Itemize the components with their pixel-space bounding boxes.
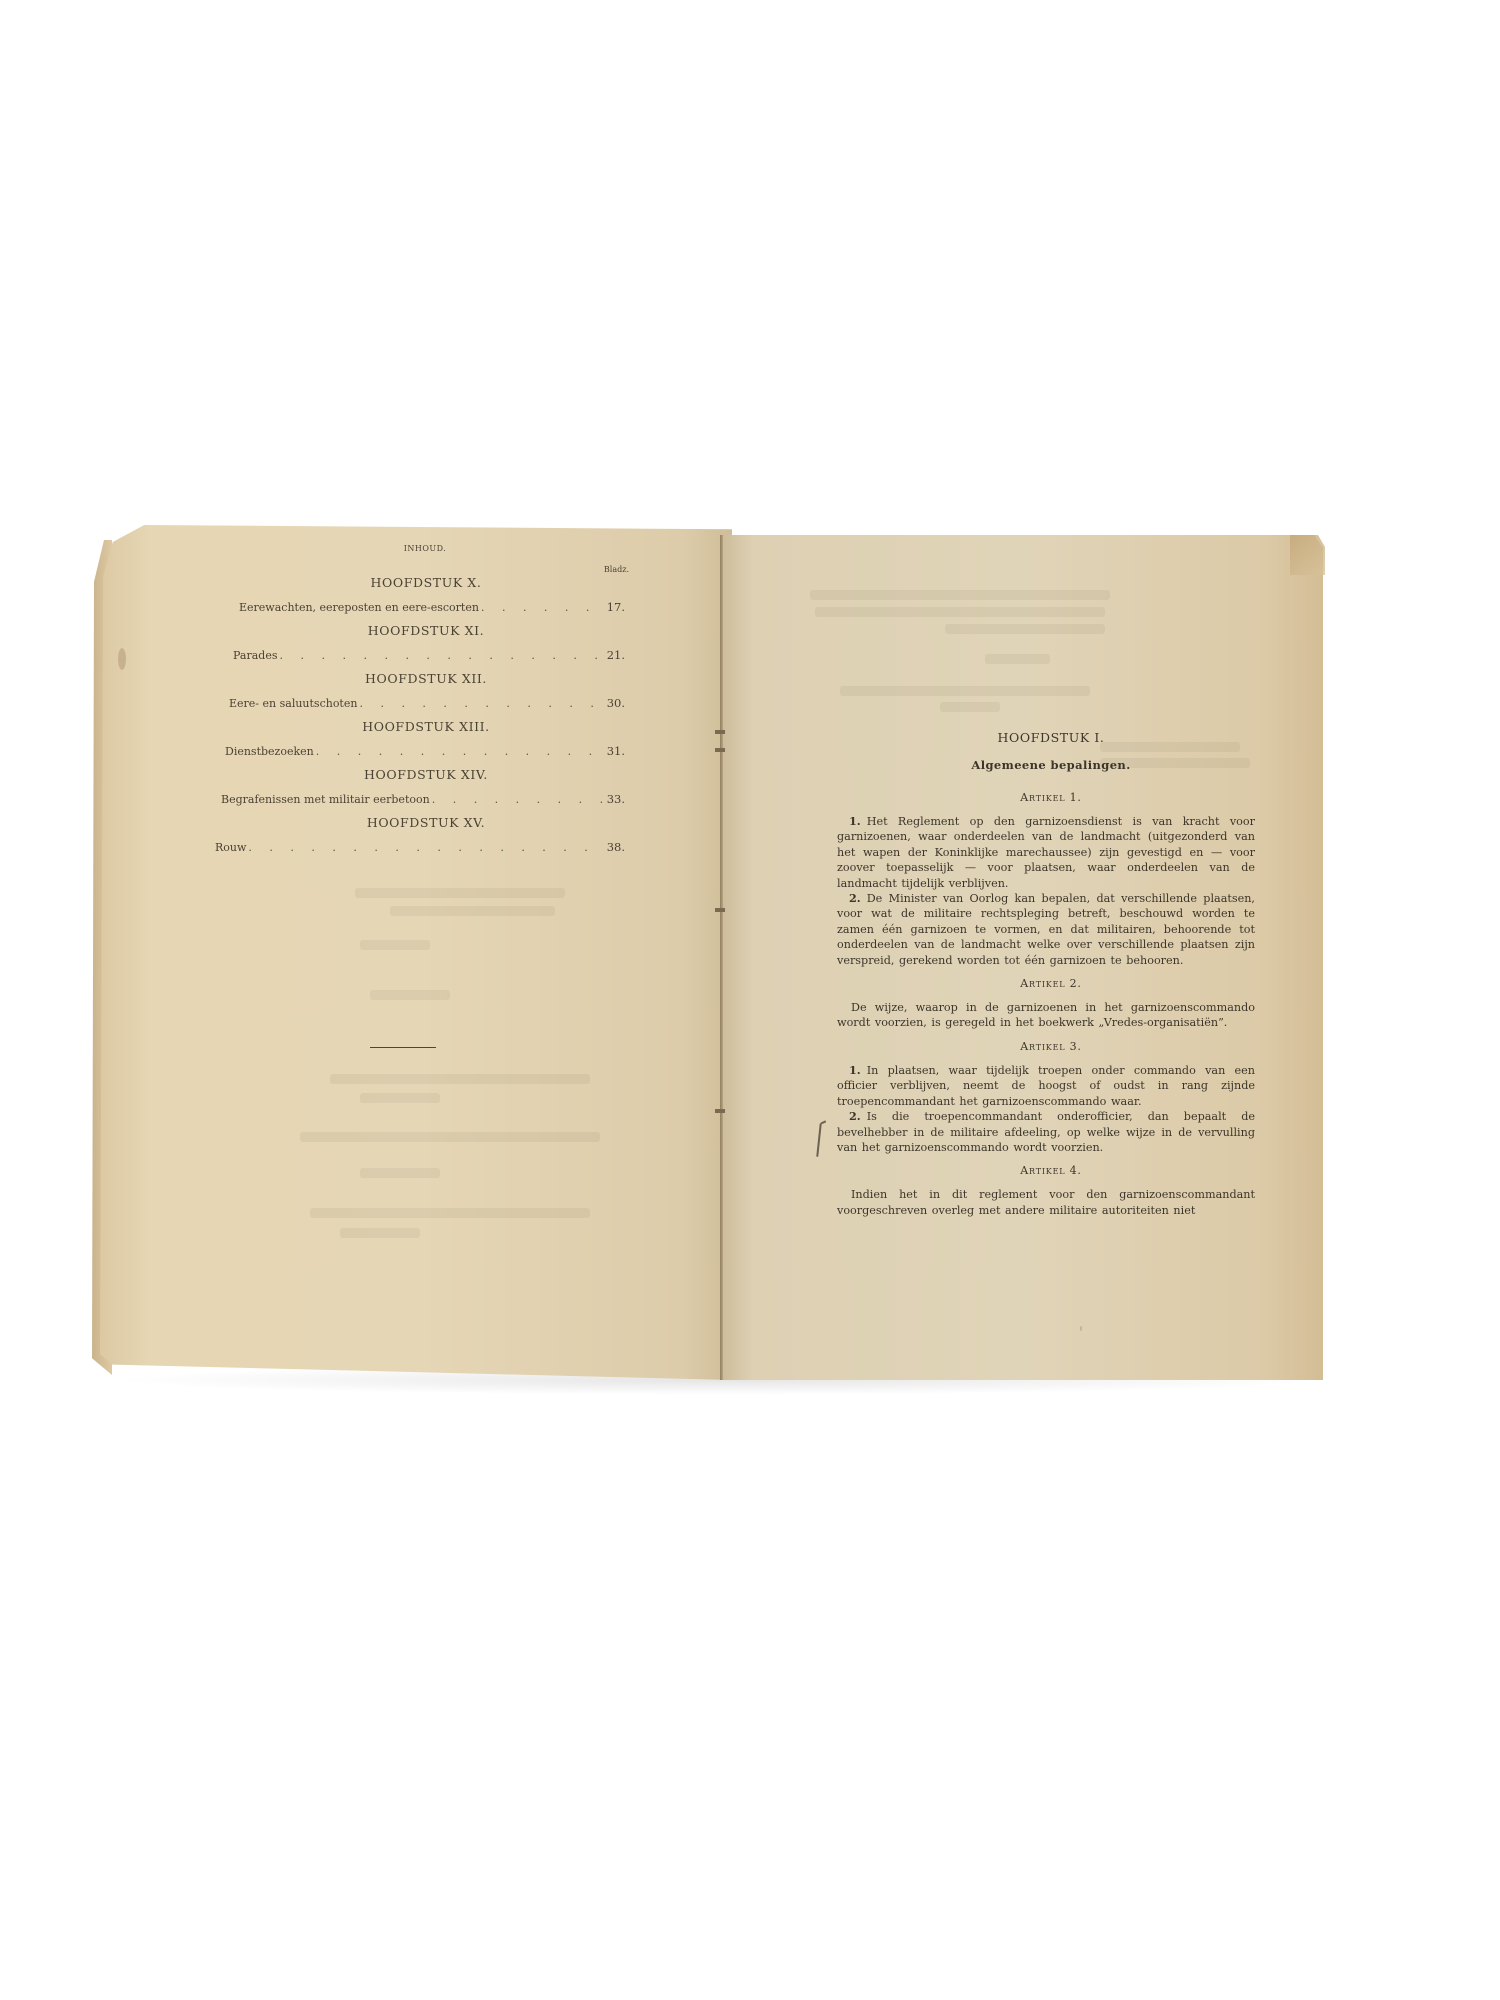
toc-entry-title: Eerewachten, eereposten en eere-escorten	[239, 593, 479, 623]
paragraph-number: 2.	[837, 1109, 867, 1123]
paragraph-number: 1.	[837, 1063, 867, 1077]
article-paragraph: 2.Is die troepencommandant onderofficier…	[837, 1109, 1255, 1155]
binding-staple	[715, 748, 725, 752]
paragraph-text: De wijze, waarop in de garnizoenen in he…	[837, 1001, 1255, 1029]
paper-stain	[118, 648, 126, 670]
binding-staple	[715, 730, 725, 734]
toc-entry-title: Eere- en saluutschoten	[229, 689, 357, 719]
section-heading: Algemeene bepalingen.	[847, 748, 1255, 782]
paragraph-text: Indien het in dit reglement voor den gar…	[837, 1188, 1255, 1216]
page-column-label: Bladz.	[215, 565, 629, 574]
chapter-body: HOOFDSTUK I. Algemeene bepalingen. Artik…	[837, 728, 1255, 1218]
toc-leader-dots: . . . . . . . . . . . . . . . . . . . . …	[279, 641, 604, 671]
article-heading: Artikel 1.	[847, 782, 1255, 814]
article-heading: Artikel 3.	[847, 1031, 1255, 1063]
toc-leader-dots: . . . . . . . . . . . . . . . . . . . . …	[432, 785, 605, 815]
toc-entry-page: 31.	[607, 736, 625, 766]
toc-entry: Dienstbezoeken . . . . . . . . . . . . .…	[215, 736, 625, 766]
toc-entry-page: 30.	[607, 688, 625, 718]
chapter-heading: HOOFDSTUK I.	[847, 728, 1255, 748]
article-heading: Artikel 4.	[847, 1155, 1255, 1187]
paragraph-text: In plaatsen, waar tijdelijk troepen onde…	[837, 1064, 1255, 1108]
article-heading: Artikel 2.	[847, 968, 1255, 1000]
toc-entry-title: Parades	[233, 641, 277, 671]
toc-entry-title: Begrafenissen met militair eerbetoon	[221, 785, 430, 815]
binding-gutter	[720, 535, 723, 1380]
toc-leader-dots: . . . . . . . . . . . . . . . . . . . . …	[481, 593, 605, 623]
toc-entry-page: 17.	[607, 592, 625, 622]
end-rule	[370, 1047, 436, 1048]
toc-entry-title: Dienstbezoeken	[225, 737, 314, 767]
article-paragraph: De wijze, waarop in de garnizoenen in he…	[837, 1000, 1255, 1031]
toc-entry-page: 33.	[607, 784, 625, 814]
article-paragraph: 1.In plaatsen, waar tijdelijk troepen on…	[837, 1063, 1255, 1109]
toc-entry: Parades . . . . . . . . . . . . . . . . …	[215, 640, 625, 670]
running-head: INHOUD.	[225, 544, 625, 553]
paragraph-text: Is die troepencommandant onderofficier, …	[837, 1110, 1255, 1154]
table-of-contents: INHOUD. Bladz. HOOFDSTUK X. Eerewachten,…	[215, 540, 625, 862]
toc-entry-page: 21.	[607, 640, 625, 670]
toc-leader-dots: . . . . . . . . . . . . . . . . . . . . …	[248, 833, 604, 863]
binding-staple	[715, 1109, 725, 1113]
toc-chapter-heading: HOOFDSTUK XII.	[227, 670, 625, 688]
toc-chapter-heading: HOOFDSTUK XIII.	[227, 718, 625, 736]
toc-chapter-heading: HOOFDSTUK XIV.	[227, 766, 625, 784]
paper-speck	[1080, 1326, 1082, 1331]
right-page-corner	[1290, 535, 1325, 575]
toc-leader-dots: . . . . . . . . . . . . . . . . . . . . …	[316, 737, 605, 767]
toc-entry-page: 38.	[607, 832, 625, 862]
toc-leader-dots: . . . . . . . . . . . . . . . . . . . . …	[359, 689, 604, 719]
toc-entry-title: Rouw	[215, 833, 246, 863]
paragraph-text: De Minister van Oorlog kan bepalen, dat …	[837, 892, 1255, 967]
article-paragraph: Indien het in dit reglement voor den gar…	[837, 1187, 1255, 1218]
toc-entry: Eere- en saluutschoten . . . . . . . . .…	[215, 688, 625, 718]
toc-entry: Eerewachten, eereposten en eere-escorten…	[215, 592, 625, 622]
open-booklet	[0, 0, 1500, 2000]
paragraph-number: 2.	[837, 891, 867, 905]
article-paragraph: 2.De Minister van Oorlog kan bepalen, da…	[837, 891, 1255, 968]
toc-entry: Begrafenissen met militair eerbetoon . .…	[215, 784, 625, 814]
toc-chapter-heading: HOOFDSTUK XV.	[227, 814, 625, 832]
toc-chapter-heading: HOOFDSTUK XI.	[227, 622, 625, 640]
toc-chapter-heading: HOOFDSTUK X.	[227, 574, 625, 592]
paragraph-text: Het Reglement op den garnizoensdienst is…	[837, 815, 1255, 890]
toc-entry: Rouw . . . . . . . . . . . . . . . . . .…	[215, 832, 625, 862]
article-paragraph: 1.Het Reglement op den garnizoensdienst …	[837, 814, 1255, 891]
paragraph-number: 1.	[837, 814, 867, 828]
binding-staple	[715, 908, 725, 912]
